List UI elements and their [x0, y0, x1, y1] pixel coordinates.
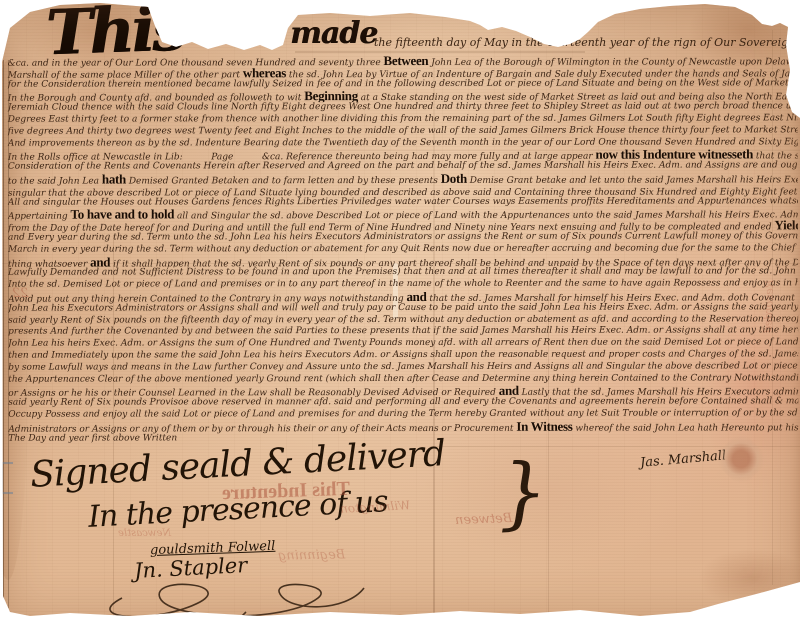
- deed-title-word-made: made: [290, 16, 377, 51]
- scan-background: This made the fifteenth day of May in th…: [0, 0, 800, 624]
- closing-brace: }: [496, 447, 549, 539]
- deed-title-date-clause: the fifteenth day of May in the Thirteen…: [374, 36, 798, 49]
- deed-text-line: &ca. and in the year of Our Lord One tho…: [8, 54, 798, 67]
- tear-overlap-seam: [295, 51, 585, 53]
- deed-text-line: to the said John Lea hath Demised Grante…: [8, 172, 798, 185]
- witness-signature-stapler: Jn. Stapler: [133, 553, 247, 583]
- margin-rule-line: [3, 60, 4, 608]
- deed-text-line: Occupy Possess and enjoy all the said Lo…: [8, 408, 798, 421]
- closing-presence-of-us: In the presence of us: [87, 484, 388, 535]
- signature-flourish: [88, 572, 378, 624]
- parchment-document: This made the fifteenth day of May in th…: [0, 0, 800, 624]
- bleedthrough-text: Beginning: [278, 547, 346, 563]
- blue-pencil-mark: [1, 462, 13, 494]
- deed-text-line: Administrators or Assigns or any of them…: [8, 420, 798, 433]
- deed-body-text: &ca. and in the year of Our Lord One tho…: [8, 54, 799, 445]
- stain-bottom-right: [698, 548, 800, 608]
- deed-text-line: March in every year during the sd. Term …: [8, 243, 798, 256]
